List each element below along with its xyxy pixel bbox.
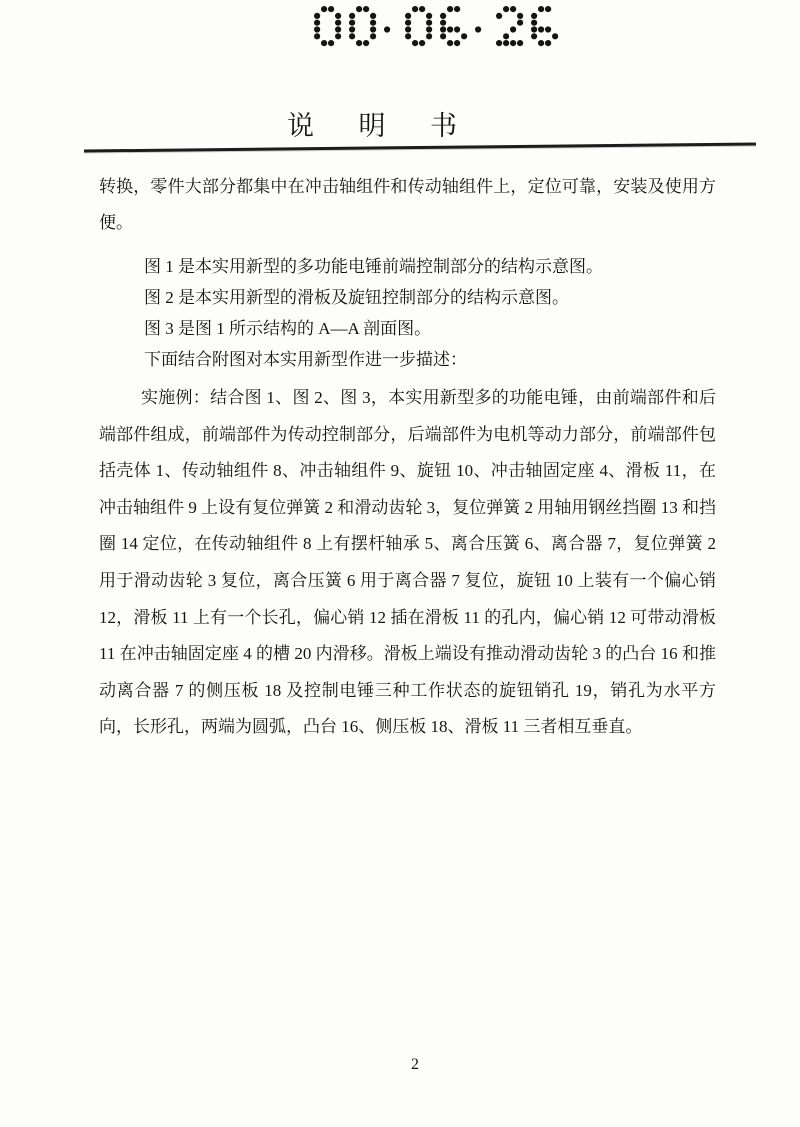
figure-caption-1: 图 1 是本实用新型的多功能电锤前端控制部分的结构示意图。 [99, 251, 716, 282]
page-number: 2 [15, 1056, 800, 1074]
paragraph-intro: 转换，零件大部分都集中在冲击轴组件和传动轴组件上，定位可靠，安装及使用方便。 [99, 169, 716, 241]
date-stamp [314, 6, 566, 52]
lead-in-line: 下面结合附图对本实用新型作进一步描述： [99, 344, 716, 375]
paragraph-embodiment: 实施例：结合图 1、图 2、图 3，本实用新型多的功能电锤，由前端部件和后端部件… [99, 380, 716, 746]
document-page: 说 明 书 转换，零件大部分都集中在冲击轴组件和传动轴组件上，定位可靠，安装及使… [0, 0, 800, 1127]
dot-matrix-date-icon [314, 6, 566, 47]
document-title: 说 明 书 [0, 104, 772, 143]
document-body: 转换，零件大部分都集中在冲击轴组件和传动轴组件上，定位可靠，安装及使用方便。 图… [99, 169, 716, 746]
figure-caption-2: 图 2 是本实用新型的滑板及旋钮控制部分的结构示意图。 [99, 282, 716, 313]
title-rule [84, 142, 756, 152]
figure-caption-3: 图 3 是图 1 所示结构的 A—A 剖面图。 [99, 313, 716, 344]
